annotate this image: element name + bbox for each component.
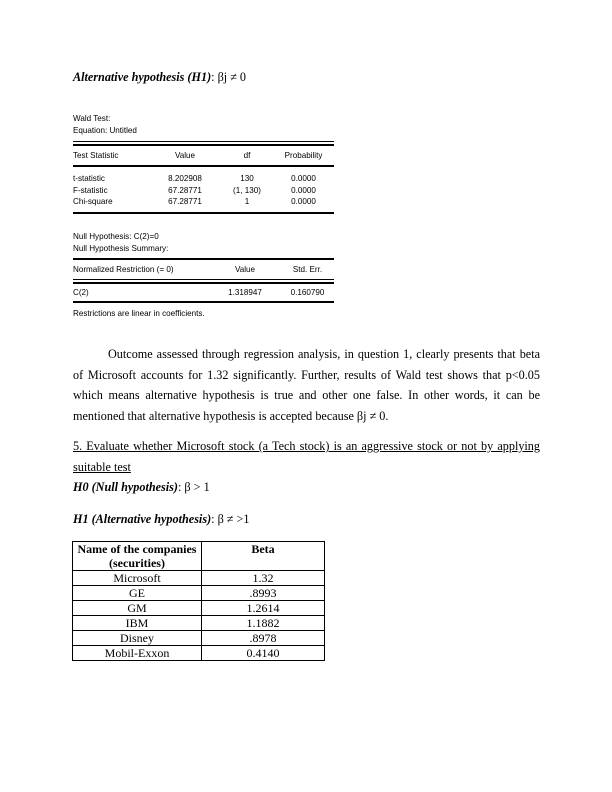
table-row: Mobil-Exxon0.4140 [73,646,325,661]
wald-row: F-statistic 67.28771 (1, 130) 0.0000 [73,185,334,197]
company-cell: Mobil-Exxon [73,646,202,661]
wald-row: t-statistic 8.202908 130 0.0000 [73,173,334,185]
separator: : [211,512,214,526]
beta-cell: 1.32 [202,571,325,586]
cell: 130 [221,174,273,183]
cell: 67.28771 [149,197,221,206]
null-summary: Null Hypothesis Summary: [73,243,334,255]
wald-equation: Equation: Untitled [73,125,334,137]
beta-table: Name of the companies (securities) Beta … [72,541,325,661]
beta-cell: 1.2614 [202,601,325,616]
cell: 0.0000 [273,186,334,195]
separator: : [178,480,181,494]
h1-label: H1 (Alternative hypothesis) [73,512,211,526]
cell: 0.0000 [273,174,334,183]
header-df: df [221,151,273,160]
company-cell: Microsoft [73,571,202,586]
separator: : [211,70,214,84]
null-hypothesis: Null Hypothesis: C(2)=0 [73,231,334,243]
paragraph-text: Outcome assessed through regression anal… [73,347,540,423]
header-restriction: Normalized Restriction (= 0) [73,265,209,274]
cell: F-statistic [73,186,149,195]
cell: 8.202908 [149,174,221,183]
company-cell: GM [73,601,202,616]
rule [73,301,334,303]
header-std-err: Std. Err. [281,265,334,274]
alt-hypothesis-heading: Alternative hypothesis (H1): βj ≠ 0 [73,70,246,85]
wald-title: Wald Test: [73,113,334,125]
table-row: Microsoft1.32 [73,571,325,586]
header-value: Value [149,151,221,160]
cell: t-statistic [73,174,149,183]
wald-test-output: Wald Test: Equation: Untitled Test Stati… [73,113,334,318]
beta-cell: 0.4140 [202,646,325,661]
header-probability: Probability [273,151,334,160]
cell: 67.28771 [149,186,221,195]
cell: C(2) [73,288,209,297]
cell: 0.160790 [281,288,334,297]
body-paragraph: Outcome assessed through regression anal… [73,344,540,426]
header-beta: Beta [202,542,325,571]
table-row: Disney.8978 [73,631,325,646]
alt-hypothesis-expression: βj ≠ 0 [218,70,246,84]
question-5-heading: 5. Evaluate whether Microsoft stock (a T… [73,436,540,477]
h0-line: H0 (Null hypothesis): β > 1 [73,477,540,498]
alt-hypothesis-label: Alternative hypothesis (H1) [73,70,211,84]
cell: 1.318947 [209,288,281,297]
cell: Chi-square [73,197,149,206]
cell: (1, 130) [221,186,273,195]
table-row: IBM1.1882 [73,616,325,631]
h1-expression: β ≠ >1 [218,512,250,526]
beta-cell: 1.1882 [202,616,325,631]
wald-footnote: Restrictions are linear in coefficients. [73,309,334,318]
h0-label: H0 (Null hypothesis) [73,480,178,494]
table-row: GM1.2614 [73,601,325,616]
summary-row: C(2) 1.318947 0.160790 [73,284,334,301]
h0-expression: β > 1 [184,480,209,494]
beta-cell: .8993 [202,586,325,601]
header-test-statistic: Test Statistic [73,151,149,160]
company-cell: Disney [73,631,202,646]
summary-header-row: Normalized Restriction (= 0) Value Std. … [73,260,334,279]
wald-header-row: Test Statistic Value df Probability [73,146,334,165]
table-row: GE.8993 [73,586,325,601]
company-cell: IBM [73,616,202,631]
beta-table-header: Name of the companies (securities) Beta [73,542,325,571]
wald-row: Chi-square 67.28771 1 0.0000 [73,196,334,208]
beta-cell: .8978 [202,631,325,646]
company-cell: GE [73,586,202,601]
rule [73,212,334,214]
cell: 1 [221,197,273,206]
header-value: Value [209,265,281,274]
h1-line: H1 (Alternative hypothesis): β ≠ >1 [73,509,540,530]
header-company: Name of the companies (securities) [73,542,202,571]
cell: 0.0000 [273,197,334,206]
